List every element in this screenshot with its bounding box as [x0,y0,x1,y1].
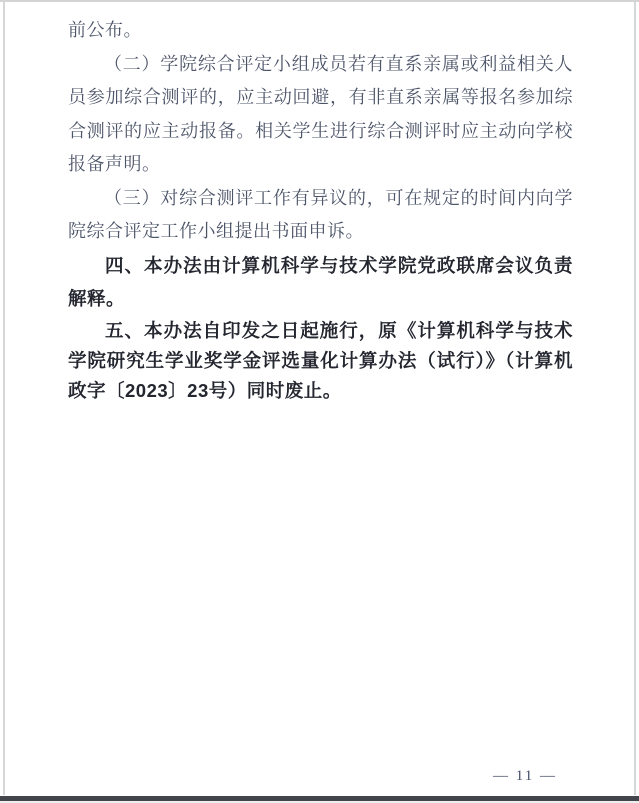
page-number: — 11 — [493,768,557,785]
paragraph-clause-4: 四、本办法由计算机科学与技术学院党政联席会议负责解释。 [68,249,573,316]
paragraph-item-3: （三）对综合测评工作有异议的，可在规定的时间内向学院综合评定工作小组提出书面申诉… [68,182,573,249]
bottom-edge-bar [0,796,639,801]
paragraph-clause-5: 五、本办法自印发之日起施行，原《计算机科学与技术学院研究生学业奖学金评选量化计算… [68,316,573,406]
document-page: 前公布。 （二）学院综合评定小组成员若有直系亲属或利益相关人员参加综合测评的，应… [0,0,639,803]
page-right-border [634,2,636,795]
paragraph-continuation: 前公布。 [68,14,573,48]
page-left-border [3,2,5,795]
paragraph-item-2: （二）学院综合评定小组成员若有直系亲属或利益相关人员参加综合测评的，应主动回避，… [68,48,573,182]
document-body: 前公布。 （二）学院综合评定小组成员若有直系亲属或利益相关人员参加综合测评的，应… [68,14,573,406]
